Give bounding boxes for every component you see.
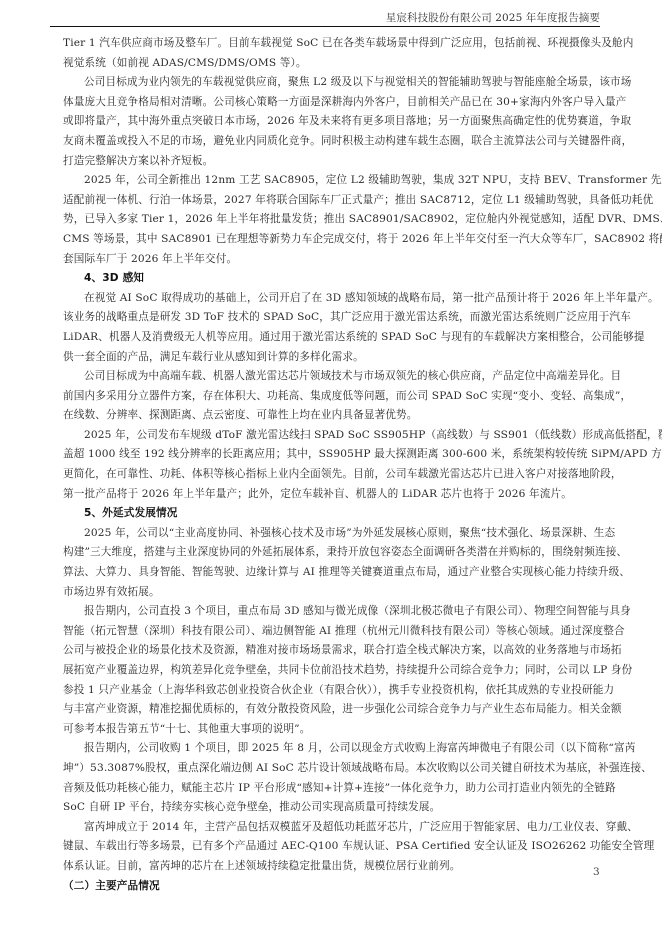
section-heading-3d-sensing: 4、3D 感知	[63, 269, 603, 289]
section-heading-external-growth: 5、外延式发展情况	[63, 504, 603, 524]
text-line: 更简化，在可靠性、功耗、体积等核心指标上业内全面领先。目前，公司车载激光雷达芯片…	[63, 465, 603, 485]
text-line: 参投 1 只产业基金（上海华科致芯创业投资合伙企业（有限合伙）），携手专业投资机…	[63, 681, 603, 701]
text-line: 音频及低功耗核心能力，赋能主芯片 IP 平台形成“感知+计算+连接”一体化竞争力…	[63, 779, 603, 799]
text-line: 供一套全面的产品，满足车载行业从感知到计算的多样化需求。	[63, 348, 603, 368]
text-line: 公司与被投企业的场景化技术及资源，精准对接市场场景需求，联合打造全栈式解决方案，…	[63, 641, 603, 661]
text-line: 在线数、分辨率、探测距离、点云密度、可靠性上均在业内具备显著优势。	[63, 406, 603, 426]
page-number: 3	[593, 866, 600, 878]
text-line: 坤”）53.3087%股权，重点深化端边侧 AI SoC 芯片设计领域战略布局。…	[63, 759, 603, 779]
paragraph-start: 2025 年，公司发布车规级 dToF 激光雷达线扫 SPAD SoC SS90…	[63, 426, 603, 446]
text-line: 该业务的战略重点是研发 3D ToF 技术的 SPAD SoC，其广泛应用于激光…	[63, 308, 603, 328]
text-line: 体系认证。目前，富芮坤的芯片在上述领域持续稳定批量出货，规模位居行业前列。	[63, 857, 603, 877]
text-line: 势，已导入多家 Tier 1，2026 年上半年将批量发货；推出 SAC8901…	[63, 210, 603, 230]
paragraph-start: 2025 年，公司全新推出 12nm 工艺 SAC8905，定位 L2 级辅助驾…	[63, 171, 603, 191]
text-line: LiDAR、机器人及消费级无人机等应用。通过用于激光雷达系统的 SPAD SoC…	[63, 328, 603, 348]
paragraph-start: 公司目标成为业内领先的车载视觉供应商，聚焦 L2 级及以下与视觉相关的智能辅助驾…	[63, 73, 603, 93]
text-line: 视觉系统（如前视 ADAS/CMS/DMS/OMS 等）。	[63, 54, 603, 74]
text-line: 智能（拓元智慧（深圳）科技有限公司）、端边侧智能 AI 推理（杭州元川微科技有限…	[63, 622, 603, 642]
text-line: 或即将量产，其中海外重点突破日本市场，2026 年及未来将有更多项目落地；另一方…	[63, 112, 603, 132]
text-line: SoC 自研 IP 平台，持续夯实核心竞争壁垒，推动公司实现高质量可持续发展。	[63, 798, 603, 818]
text-line: 构建”三大维度，搭建与主业深度协同的外延拓展体系，秉持开放包容姿态全面调研各类潜…	[63, 543, 603, 563]
text-line: 打造完整解决方案以补齐短板。	[63, 152, 603, 172]
text-line: 键鼠、车载出行等多场景，已有多个产品通过 AEC-Q100 车规认证、PSA C…	[63, 837, 603, 857]
text-line: 体量庞大且竞争格局相对清晰。公司核心策略一方面是深耕海内外客户，目前相关产品已在…	[63, 93, 603, 113]
text-line: Tier 1 汽车供应商市场及整车厂。目前车载视觉 SoC 已在各类车载场景中得…	[63, 34, 603, 54]
text-line: 市场边界有效拓展。	[63, 583, 603, 603]
paragraph-start: 公司目标成为中高端车载、机器人激光雷达芯片领域技术与市场双领先的核心供应商，产品…	[63, 367, 603, 387]
text-line: 算法、大算力、具身智能、智能驾驶、边缘计算与 AI 推理等关键赛道重点布局，通过…	[63, 563, 603, 583]
text-line: 友商未覆盖或投入不足的市场，避免业内同质化竞争。同时积极主动构建车载生态圈，联合…	[63, 132, 603, 152]
text-line: 与丰富产业资源，精准挖掘优质标的，有效分散投资风险，进一步强化公司综合竞争力与产…	[63, 700, 603, 720]
document-body: Tier 1 汽车供应商市场及整车厂。目前车载视觉 SoC 已在各类车载场景中得…	[63, 34, 603, 896]
text-line: 适配前视一体机、行泊一体场景，2027 年将联合国际车厂正式量产；推出 SAC8…	[63, 191, 603, 211]
section-heading-main-products: （二）主要产品情况	[63, 877, 603, 897]
text-line: CMS 等场景，其中 SAC8901 已在理想等新势力车企完成交付，将于 202…	[63, 230, 603, 250]
text-line: 展拓宽产业覆盖边界，构筑差异化竞争壁垒，共同卡位前沿技术趋势，持续提升公司综合竞…	[63, 661, 603, 681]
text-line: 盖超 1000 线至 192 线分辨率的长距离应用；其中，SS905HP 最大探…	[63, 445, 603, 465]
paragraph-start: 富芮坤成立于 2014 年，主营产品包括双模蓝牙及超低功耗蓝牙芯片，广泛应用于智…	[63, 818, 603, 838]
text-line: 第一批产品将于 2026 年上半年量产；此外，定位车载补盲、机器人的 LiDAR…	[63, 485, 603, 505]
paragraph-start: 2025 年，公司以“主业高度协同、补强核心技术及市场”为外延发展核心原则，聚焦…	[63, 524, 603, 544]
paragraph-start: 报告期内，公司收购 1 个项目，即 2025 年 8 月，公司以现金方式收购上海…	[63, 739, 603, 759]
report-title: 星宸科技股份有限公司 2025 年年度报告摘要	[386, 10, 600, 25]
paragraph-start: 在视觉 AI SoC 取得成功的基础上，公司开启了在 3D 感知领域的战略布局，…	[63, 289, 603, 309]
paragraph-start: 报告期内，公司直投 3 个项目，重点布局 3D 感知与微光成像（深圳北极芯微电子…	[63, 602, 603, 622]
text-line: 套国际车厂于 2026 年上半年交付。	[63, 250, 603, 270]
page-header: 星宸科技股份有限公司 2025 年年度报告摘要	[50, 8, 600, 27]
text-line: 前国内多采用分立器件方案，存在体积大、功耗高、集成度低等问题，而公司 SPAD …	[63, 387, 603, 407]
text-line: 可参考本报告第五节“十七、其他重大事项的说明”。	[63, 720, 603, 740]
